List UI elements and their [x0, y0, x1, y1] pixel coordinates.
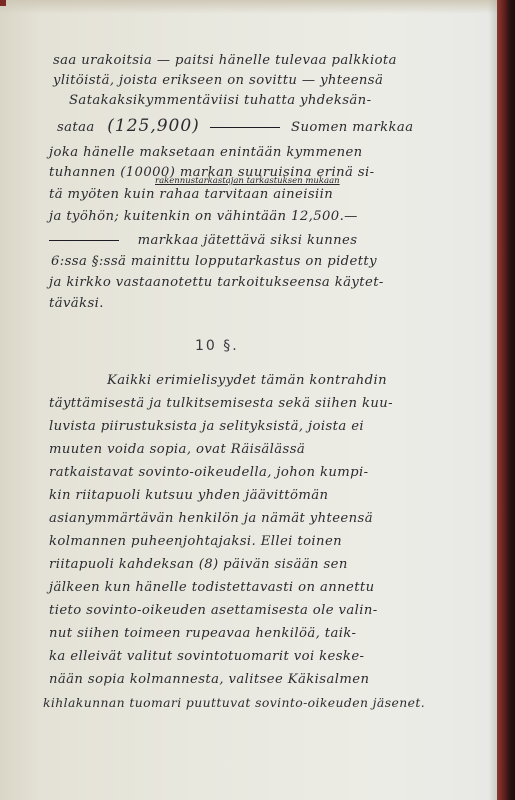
- fill-rule: [210, 127, 280, 128]
- text-line: tieto sovinto-oikeuden asettamisesta ole…: [49, 600, 378, 622]
- text-line: ratkaistavat sovinto-oikeudella, johon k…: [49, 462, 368, 484]
- book-binding-edge: [497, 0, 515, 800]
- binding-corner: [0, 0, 6, 6]
- text-line: nään sopia kolmannesta, valitsee Käkisal…: [49, 669, 369, 691]
- text-fragment: markkaa jätettävä siksi kunnes: [138, 233, 358, 248]
- text-line: markkaa jätettävä siksi kunnes: [49, 230, 357, 252]
- text-line: jälkeen kun hänelle todistettavasti on a…: [49, 577, 375, 599]
- amount-prefix: sataa: [57, 120, 95, 135]
- text-line: kolmannen puheenjohtajaksi. Ellei toinen: [49, 531, 342, 553]
- text-line: ylitöistä, joista erikseen on sovittu — …: [53, 70, 383, 92]
- text-line: Satakaksikymmentäviisi tuhatta yhdeksän-: [69, 90, 371, 112]
- text-line: Kaikki erimielisyydet tämän kontrahdin: [107, 370, 387, 392]
- text-line-amount: sataa (125,900) Suomen markkaa: [57, 115, 413, 137]
- currency-text: Suomen markkaa: [291, 120, 413, 135]
- text-line: joka hänelle maksetaan enintään kymmenen: [49, 142, 363, 164]
- text-line: ja työhön; kuitenkin on vähintään 12,500…: [49, 206, 358, 228]
- text-line: asianymmärtävän henkilön ja nämät yhteen…: [49, 508, 373, 530]
- text-line: ja kirkko vastaanotettu tarkoitukseensa …: [49, 272, 384, 294]
- text-line: muuten voida sopia, ovat Räisälässä: [49, 439, 305, 461]
- page-top-shadow: [0, 0, 497, 14]
- text-line: riitapuoli kahdeksan (8) päivän sisään s…: [49, 554, 348, 576]
- section-heading: 10 §.: [195, 338, 239, 354]
- text-line: kihlakunnan tuomari puuttuvat sovinto-oi…: [43, 692, 425, 714]
- text-line: saa urakoitsia — paitsi hänelle tulevaa …: [53, 50, 397, 72]
- text-line: luvista piirustuksista ja selityksistä, …: [49, 416, 364, 438]
- fill-rule: [49, 240, 119, 241]
- page-edge-fold: [488, 0, 497, 800]
- text-line: kin riitapuoli kutsuu yhden jäävittömän: [49, 485, 328, 507]
- text-line: nut siihen toimeen rupeavaa henkilöä, ta…: [49, 623, 356, 645]
- text-line: ka elleivät valitut sovintotuomarit voi …: [49, 646, 364, 668]
- text-line: 6:ssa §:ssä mainittu lopputarkastus on p…: [51, 251, 377, 273]
- text-line-corrected: tä myöten kuin rahaa tarvitaan aineisiin: [49, 184, 333, 206]
- amount-figure: (125,900): [107, 116, 200, 136]
- text-line: täväksi.: [49, 293, 104, 315]
- text-line: täyttämisestä ja tulkitsemisesta sekä si…: [49, 393, 393, 415]
- text-fragment: ja työhön; kuitenkin on vähintään 12,500…: [49, 209, 358, 224]
